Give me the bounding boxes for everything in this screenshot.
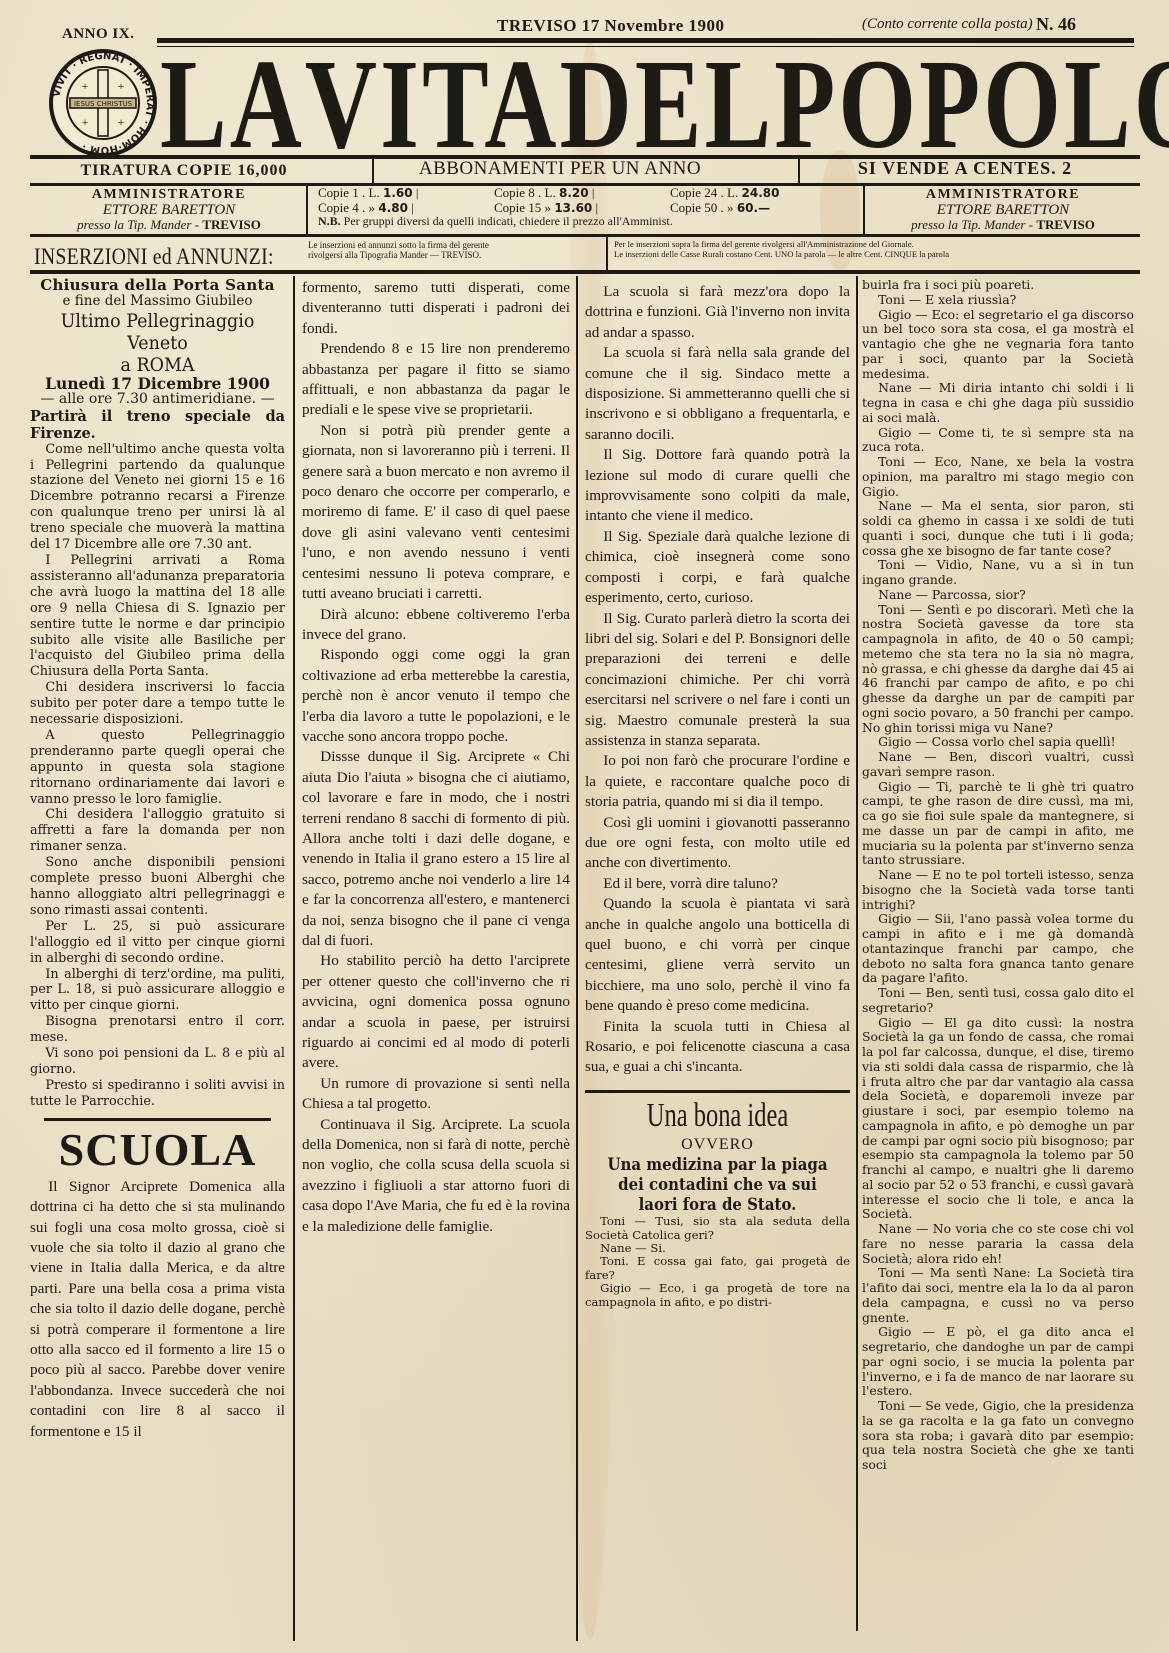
article-kicker: Chiusura della Porta Santa	[30, 278, 285, 294]
paragraph: Il Signor Arciprete Domenica alla dottri…	[30, 1177, 285, 1442]
admin-address: presso la Tip. Mander - TREVISO	[868, 218, 1138, 232]
dialogue-line: Toni — Se vede, Gigio, che la presidenza…	[862, 1399, 1134, 1473]
dialogue-line: Toni — Ben, sentì tusi, cossa galo dito …	[862, 986, 1134, 1016]
paragraph: Per L. 25, si può assicurare l'alloggio …	[30, 919, 285, 967]
dialogue-line: Toni — E xela riussìa?	[862, 293, 1134, 308]
price-value: 60.—	[737, 201, 770, 215]
dialogue-line: Gigio — Cossa vorlo chel sapia quellì!	[862, 735, 1134, 750]
article-kicker-sub: e fine del Massimo Giubileo	[30, 294, 285, 310]
nb-label: N.B.	[318, 214, 341, 228]
paragraph: Il Sig. Dottore farà quando potrà la lez…	[585, 445, 850, 527]
paragraph: In alberghi di terz'ordine, ma puliti, p…	[30, 967, 285, 1015]
article-subtitle: Una medizina par la piaga dei contadini …	[601, 1155, 834, 1215]
price-cell: Copie 50 . » 60.—	[670, 201, 840, 216]
price-cell: Copie 4 . » 4.80 |	[318, 201, 488, 216]
svg-text:IESUS CHRISTUS: IESUS CHRISTUS	[74, 100, 133, 108]
paragraph: La scuola si farà nella sala grande del …	[585, 343, 850, 445]
admin-address-text: presso la Tip. Mander -	[77, 217, 199, 232]
dialogue-line: buirla fra i soci più poareti.	[862, 278, 1134, 293]
column-divider	[293, 276, 295, 1641]
paragraph: Sono anche disponibili pensioni complete…	[30, 855, 285, 919]
title-word: POPOLO	[774, 40, 1169, 168]
admin-city: TREVISO	[1036, 217, 1095, 232]
dialogue-line: Gigio — Come ti, te sì sempre sta na zuc…	[862, 426, 1134, 456]
dialogue-line: Nane — E no te pol torteli istesso, senz…	[862, 868, 1134, 912]
admin-title: AMMINISTRATORE	[34, 188, 304, 203]
dialogue-line: Toni — Ma sentì Nane: La Società tira l'…	[862, 1266, 1134, 1325]
article-headline: Ultimo Pellegrinaggio Veneto	[40, 310, 275, 354]
divider	[306, 186, 308, 234]
price-label: Copie 1 . L.	[318, 185, 380, 200]
subscriptions-label: ABBONAMENTI PER UN ANNO	[360, 158, 760, 180]
price-value: 1.60	[383, 186, 413, 200]
paragraph: Presto si spediranno i soliti avvisi in …	[30, 1078, 285, 1110]
paragraph: A questo Pellegrinaggio prenderanno part…	[30, 728, 285, 808]
dialogue-line: Gigio — Sii, l'ano passà volea torme du …	[862, 912, 1134, 986]
price-label: Copie 15 »	[494, 200, 551, 215]
svg-text:+: +	[118, 115, 125, 129]
paragraph: formento, saremo tutti disperati, come d…	[302, 278, 570, 339]
dialogue-line: Nane — Mi diria intanto chi soldi i li t…	[862, 381, 1134, 425]
column-divider	[576, 276, 578, 1641]
subscription-price-table: Copie 1 . L. 1.60 | Copie 8 . L. 8.20 | …	[318, 186, 863, 229]
ads-note-line: Le inserzioni delle Casse Rurali costano…	[614, 250, 949, 260]
price-cell: Copie 24 . L. 24.80	[670, 186, 840, 201]
column-divider	[856, 276, 858, 1631]
admin-city: TREVISO	[202, 217, 261, 232]
price-label: Copie 24 . L.	[670, 185, 738, 200]
article-headline-2: a ROMA	[40, 354, 275, 376]
infobar-rule-bottom	[30, 270, 1140, 274]
dialogue-line: Toni — Vidìo, Nane, vu a sì in tun ingan…	[862, 558, 1134, 588]
price-label: Copie 4 . »	[318, 200, 375, 215]
price-label: SI VENDE A CENTES. 2	[800, 158, 1130, 179]
dialogue-line: Toni. E cossa gai fato, gai progetà de f…	[585, 1255, 850, 1282]
dialogue-line: Toni — Sentì e po discorarì. Metì che la…	[862, 603, 1134, 736]
divider	[606, 237, 608, 270]
paragraph: Finita la scuola tutti in Chiesa al Rosa…	[585, 1017, 850, 1078]
price-label: Copie 8 . L.	[494, 185, 556, 200]
admin-address-text: presso la Tip. Mander -	[911, 217, 1033, 232]
administrator-right: AMMINISTRATORE ETTORE BARETTON presso la…	[868, 188, 1138, 232]
divider	[863, 186, 865, 234]
title-word: DEL	[560, 40, 775, 168]
dialogue-line: Gigio — E pò, el ga dito anca el segreta…	[862, 1325, 1134, 1399]
ads-note-line: rivolgersi alla Tipografia Mander — TREV…	[308, 250, 489, 260]
paragraph: Quando la scuola è piantata vi sarà anch…	[585, 894, 850, 1016]
column-1-pilgrimage-article: Chiusura della Porta Santa e fine del Ma…	[30, 278, 285, 1442]
price-cell: Copie 15 » 13.60 |	[494, 201, 664, 216]
dialogue-line: Nane — Ma el senta, sior paron, sti sold…	[862, 499, 1134, 558]
price-cell: Copie 1 . L. 1.60 |	[318, 186, 488, 201]
newspaper-title: LA VITA DEL POPOLO	[160, 44, 921, 164]
dialogue-line: Gigio — Eco, i ga progetà de tore na cam…	[585, 1282, 850, 1309]
dialogue-block: Toni — Tusi, sio sta ala seduta della So…	[585, 1215, 850, 1309]
dialogue-line: Gigio — Eco: el segretario el ga discors…	[862, 308, 1134, 382]
paragraph: Ho stabilito perciò ha detto l'arciprete…	[302, 951, 570, 1073]
paragraph: Vi sono poi pensioni da L. 8 e più al gi…	[30, 1046, 285, 1078]
paragraph: Dissse dunque il Sig. Arciprete « Chi ai…	[302, 747, 570, 951]
paragraph: Io poi non farò che procurare l'ordine e…	[585, 751, 850, 812]
svg-text:+: +	[82, 115, 89, 129]
newspaper-page: ANNO IX. TREVISO 17 Novembre 1900 (Conto…	[0, 0, 1169, 1653]
ads-note-line: Le inserzioni ed annunzi sotto la firma …	[308, 240, 489, 250]
dialogue-line: Nane — No voria che co ste cose chi vol …	[862, 1222, 1134, 1266]
paragraph: Chi desidera inscriversi lo faccia subit…	[30, 680, 285, 728]
price-label: Copie 50 . »	[670, 200, 734, 215]
paragraph: Un rumore di provazione si sentì nella C…	[302, 1074, 570, 1115]
paragraph: Prendendo 8 e 15 lire non prenderemo abb…	[302, 339, 570, 421]
svg-text:+: +	[82, 79, 89, 93]
ads-note-left: Le inserzioni ed annunzi sotto la firma …	[308, 240, 489, 261]
circulation-label: TIRATURA COPIE 16,000	[38, 162, 330, 180]
paragraph: Come nell'ultimo anche questa volta i Pe…	[30, 442, 285, 553]
dialogue-line: Gigio — El ga dito cussì: la nostra Soci…	[862, 1016, 1134, 1223]
section-title-scuola: SCUOLA	[30, 1127, 285, 1173]
dialogue-line: Toni — Tusi, sio sta ala seduta della So…	[585, 1215, 850, 1242]
price-value: 24.80	[742, 186, 780, 200]
admin-name: ETTORE BARETTON	[34, 203, 304, 219]
event-date: Lunedì 17 Dicembre 1900	[30, 376, 285, 392]
dialogue-line: Toni — Eco, Nane, xe bela la vostra opin…	[862, 455, 1134, 499]
admin-title: AMMINISTRATORE	[868, 188, 1138, 203]
event-departure: Partirà il treno speciale da Firenze.	[30, 408, 285, 442]
paragraph: Bisogna prenotarsi entro il corr. mese.	[30, 1014, 285, 1046]
infobar-rule-lower	[30, 234, 1140, 237]
title-word: LA	[160, 40, 305, 168]
column-4-dialogue-continued: buirla fra i soci più poareti. Toni — E …	[862, 278, 1134, 1473]
price-row: Copie 1 . L. 1.60 | Copie 8 . L. 8.20 | …	[318, 186, 863, 201]
admin-address: presso la Tip. Mander - TREVISO	[34, 218, 304, 232]
paragraph: Non si potrà più prender gente a giornat…	[302, 421, 570, 605]
paragraph: I Pellegrini arrivati a Roma assisterann…	[30, 553, 285, 680]
price-value: 4.80	[378, 201, 408, 215]
article-ovvero: OVVERO	[585, 1135, 850, 1155]
column-3-scuola-and-dialogue: La scuola si farà mezz'ora dopo la dottr…	[585, 282, 850, 1309]
dialogue-line: Gigio — Ti, parchè te li ghè tri quatro …	[862, 780, 1134, 869]
admin-name: ETTORE BARETTON	[868, 203, 1138, 219]
paragraph: Continuava il Sig. Arciprete. La scuola …	[302, 1115, 570, 1237]
section-separator	[585, 1090, 850, 1093]
price-cell: Copie 8 . L. 8.20 |	[494, 186, 664, 201]
ads-note-right: Per le inserzioni sopra la firma del ger…	[614, 240, 949, 260]
svg-text:+: +	[118, 79, 125, 93]
postal-note: (Conto corrente colla posta)	[862, 16, 1033, 33]
issue-year: ANNO IX.	[62, 26, 134, 43]
price-value: 8.20	[559, 186, 589, 200]
column-2-scuola-continued: formento, saremo tutti disperati, come d…	[302, 278, 570, 1237]
event-time: — alle ore 7.30 antimeridiane. —	[30, 392, 285, 408]
nb-text: Per gruppi diversi da quelli indicati, c…	[344, 214, 673, 228]
dialogue-line: Nane — Ben, discorì vualtri, cussì gavar…	[862, 750, 1134, 780]
ads-heading: INSERZIONI ed ANNUNZI:	[34, 244, 274, 270]
administrator-left: AMMINISTRATORE ETTORE BARETTON presso la…	[34, 188, 304, 232]
paragraph: Rispondo oggi come oggi la gran coltivaz…	[302, 645, 570, 747]
pricing-note: N.B. Per gruppi diversi da quelli indica…	[318, 215, 863, 228]
price-value: 13.60	[554, 201, 592, 215]
seal-emblem-icon: VIVIT · REGNAT · IMPERAT · HOM·HOM · IES…	[48, 48, 158, 158]
paragraph: Così gli uomini i giovanotti passeranno …	[585, 813, 850, 874]
paragraph: Il Sig. Speziale darà qualche lezione di…	[585, 527, 850, 609]
title-word: VITA	[305, 40, 560, 168]
dialogue-line: Nane — Si.	[585, 1242, 850, 1255]
paragraph: Il Sig. Curato parlerà dietro la scorta …	[585, 609, 850, 752]
paragraph: Ed il bere, vorrà dire taluno?	[585, 874, 850, 894]
paragraph: Chi desidera l'alloggio gratuito si affr…	[30, 807, 285, 855]
section-separator	[44, 1118, 271, 1121]
paragraph: La scuola si farà mezz'ora dopo la dottr…	[585, 282, 850, 343]
price-row: Copie 4 . » 4.80 | Copie 15 » 13.60 | Co…	[318, 201, 863, 216]
paragraph: Dirà alcuno: ebbene coltiveremo l'erba i…	[302, 605, 570, 646]
article-title-bona-idea: Una bona idea	[622, 1097, 813, 1135]
issue-number: N. 46	[1036, 14, 1076, 35]
dialogue-line: Nane — Parcossa, sior?	[862, 588, 1134, 603]
